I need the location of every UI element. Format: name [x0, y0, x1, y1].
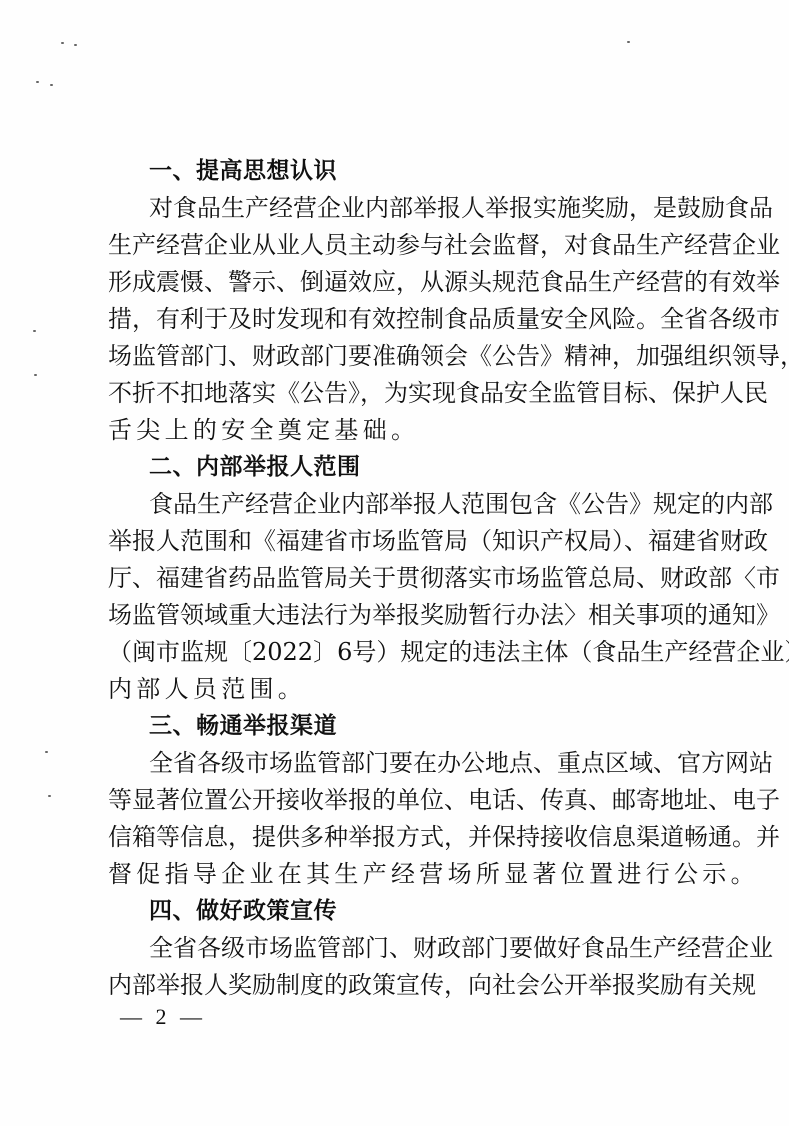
scan-speck [33, 330, 36, 332]
scan-speck [50, 84, 53, 86]
scan-speck [34, 374, 37, 376]
scan-speck [48, 795, 51, 797]
section-heading: 三、畅通举报渠道 [108, 708, 688, 745]
paragraph-line: 措，有利于及时发现和有效控制食品质量安全风险。全省各级市 [108, 301, 688, 338]
section-heading: 一、提高思想认识 [108, 153, 688, 190]
paragraph-line: 舌尖上的安全奠定基础。 [108, 412, 688, 449]
paragraph-line: 对食品生产经营企业内部举报人举报实施奖励，是鼓励食品 [108, 190, 688, 227]
paragraph-line: 食品生产经营企业内部举报人范围包含《公告》规定的内部 [108, 486, 688, 523]
document-page: 一、提高思想认识 对食品生产经营企业内部举报人举报实施奖励，是鼓励食品 生产经营… [0, 0, 789, 1126]
paragraph-line: 全省各级市场监管部门、财政部门要做好食品生产经营企业 [108, 930, 688, 967]
paragraph-line: 生产经营企业从业人员主动参与社会监督，对食品生产经营企业 [108, 227, 688, 264]
paragraph-line: 不折不扣地落实《公告》，为实现食品安全监管目标、保护人民 [108, 375, 688, 412]
paragraph-line: 场监管部门、财政部门要准确领会《公告》精神，加强组织领导， [108, 338, 688, 375]
scan-speck [45, 751, 48, 753]
paragraph-line: 内部人员范围。 [108, 671, 688, 708]
paragraph-line: 信箱等信息，提供多种举报方式，并保持接收信息渠道畅通。并 [108, 819, 688, 856]
document-body: 一、提高思想认识 对食品生产经营企业内部举报人举报实施奖励，是鼓励食品 生产经营… [108, 153, 688, 1004]
paragraph-line: 督促指导企业在其生产经营场所显著位置进行公示。 [108, 856, 688, 893]
paragraph-line: 厅、福建省药品监管局关于贯彻落实市场监管总局、财政部〈市 [108, 560, 688, 597]
paragraph-line: 形成震慑、警示、倒逼效应，从源头规范食品生产经营的有效举 [108, 264, 688, 301]
section-heading: 四、做好政策宣传 [108, 893, 688, 930]
paragraph-line: 等显著位置公开接收举报的单位、电话、传真、邮寄地址、电子 [108, 782, 688, 819]
paragraph-line: 举报人范围和《福建省市场监管局（知识产权局）、福建省财政 [108, 523, 688, 560]
paragraph-line: （闽市监规〔2022〕6号）规定的违法主体（食品生产经营企业） [108, 634, 688, 671]
scan-speck [36, 81, 39, 83]
scan-speck [61, 42, 64, 44]
scan-speck [627, 41, 630, 43]
paragraph-line: 全省各级市场监管部门要在办公地点、重点区域、官方网站 [108, 745, 688, 782]
paragraph-line: 内部举报人奖励制度的政策宣传，向社会公开举报奖励有关规 [108, 967, 688, 1004]
scan-speck [74, 44, 77, 46]
section-heading: 二、内部举报人范围 [108, 449, 688, 486]
paragraph-line: 场监管领域重大违法行为举报奖励暂行办法〉相关事项的通知》 [108, 597, 688, 634]
page-number: — 2 — [120, 1003, 206, 1031]
